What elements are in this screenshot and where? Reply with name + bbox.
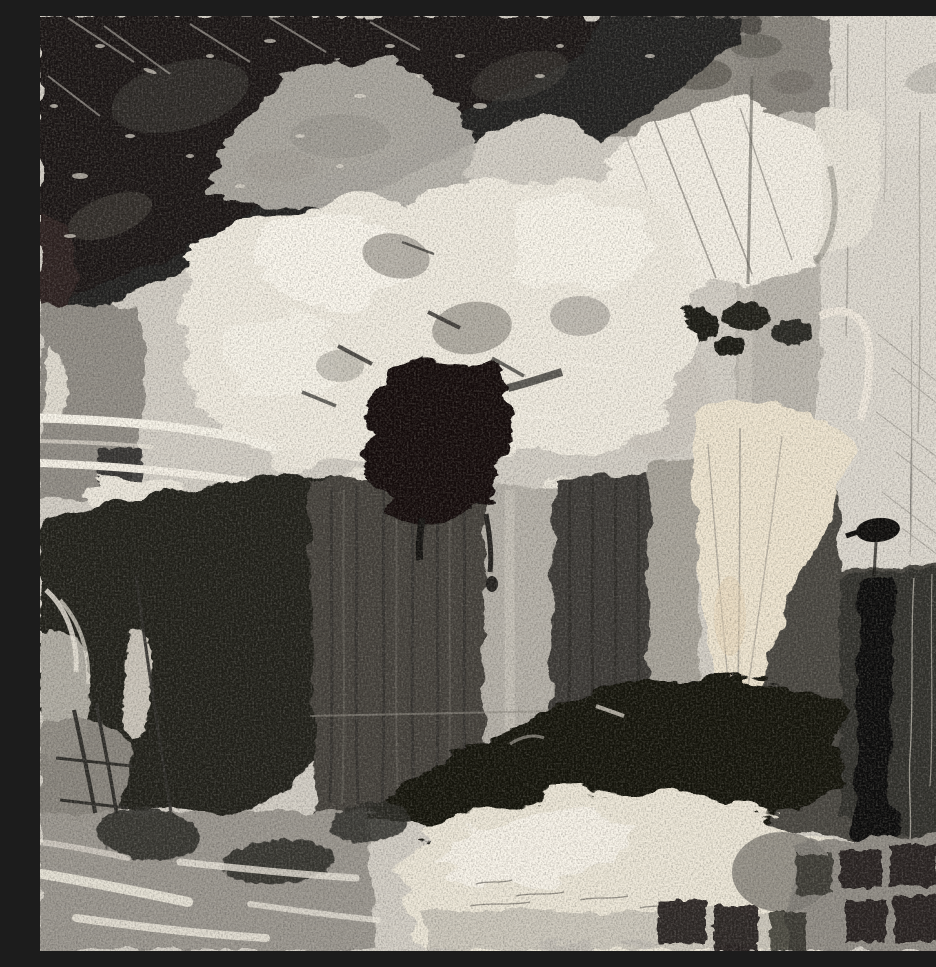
texture-overlays [40, 16, 936, 951]
abstract-painting-photo [40, 16, 936, 951]
canvas-weave-overlay [40, 16, 936, 951]
painting-canvas [40, 16, 936, 951]
